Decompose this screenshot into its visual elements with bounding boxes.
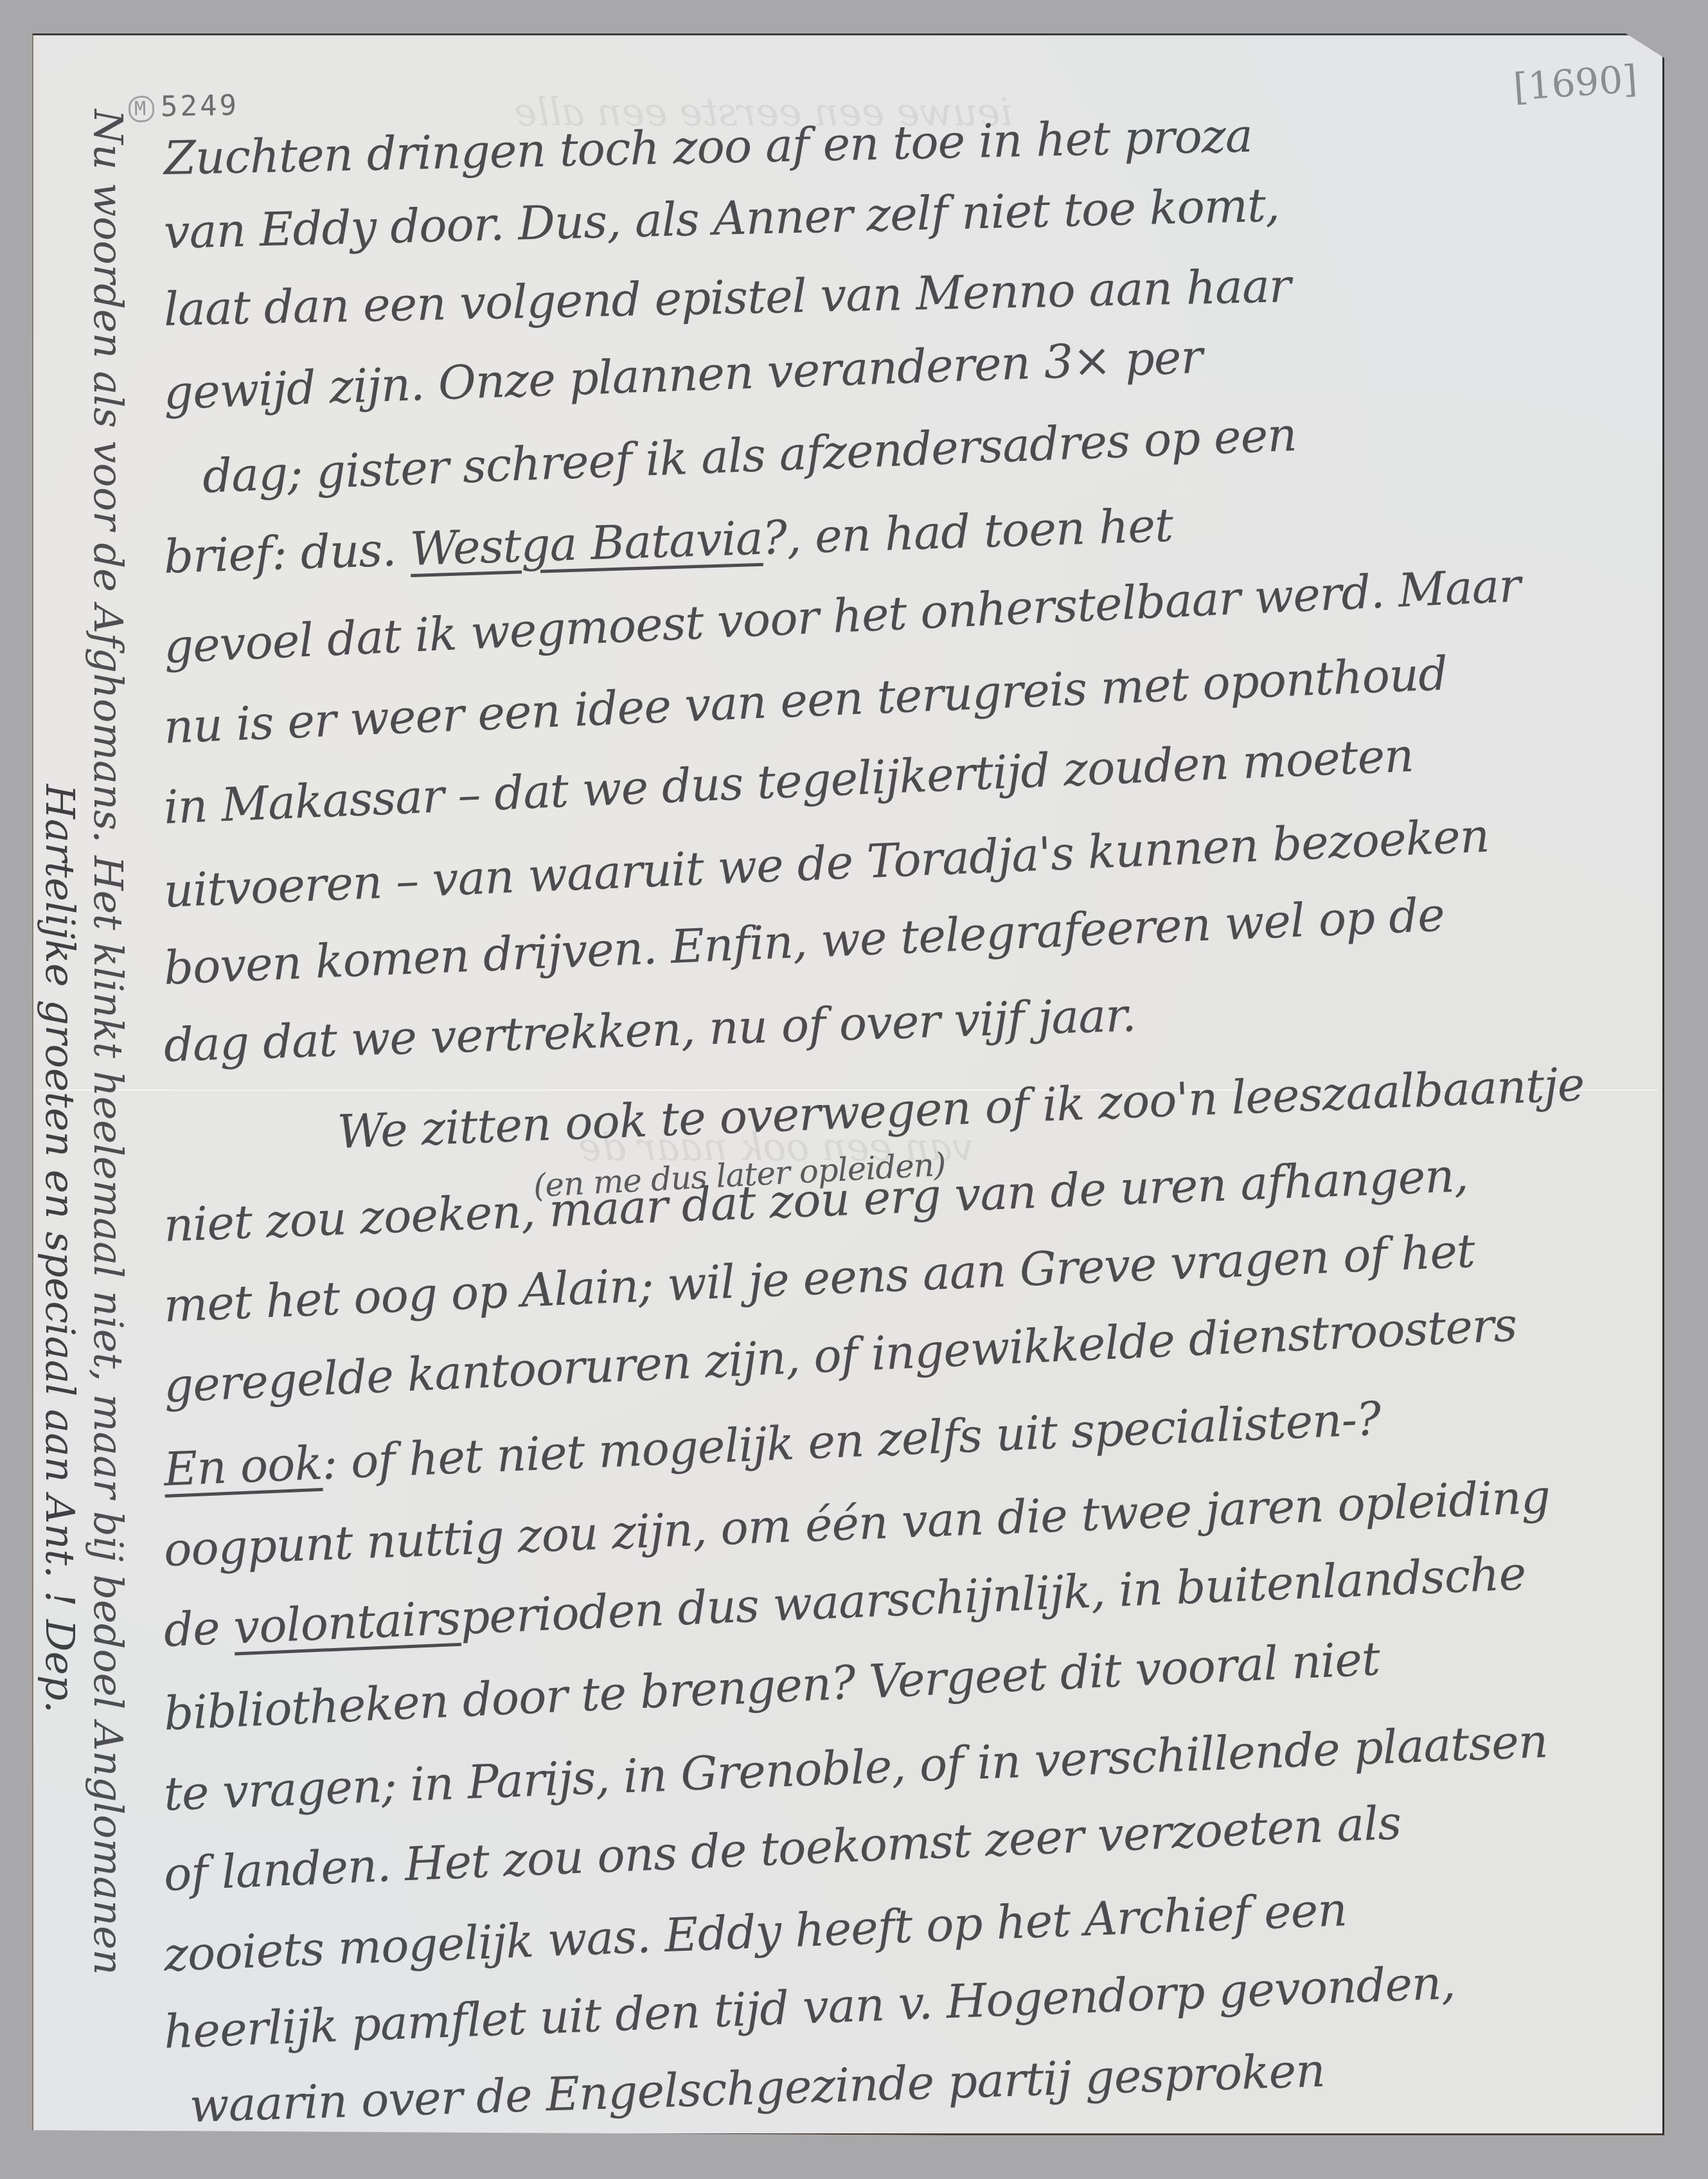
underlined-phrase: En ook <box>163 1436 323 1496</box>
stamp-number: 5249 <box>161 89 240 123</box>
archive-stamp: M5249 <box>129 89 240 124</box>
underlined-phrase: volontairs <box>233 1591 461 1654</box>
margin-postscript-column-1: Nu woorden als voor de Afghomans. Het kl… <box>85 109 132 1975</box>
margin-postscript-column-2: Hartelijke groeten en speciaal aan Ant. … <box>37 784 84 1713</box>
pencil-annotation: [1690] <box>1512 57 1639 109</box>
stamp-prefix: M <box>129 95 155 122</box>
underlined-phrase: Westga Batavia <box>409 511 763 576</box>
